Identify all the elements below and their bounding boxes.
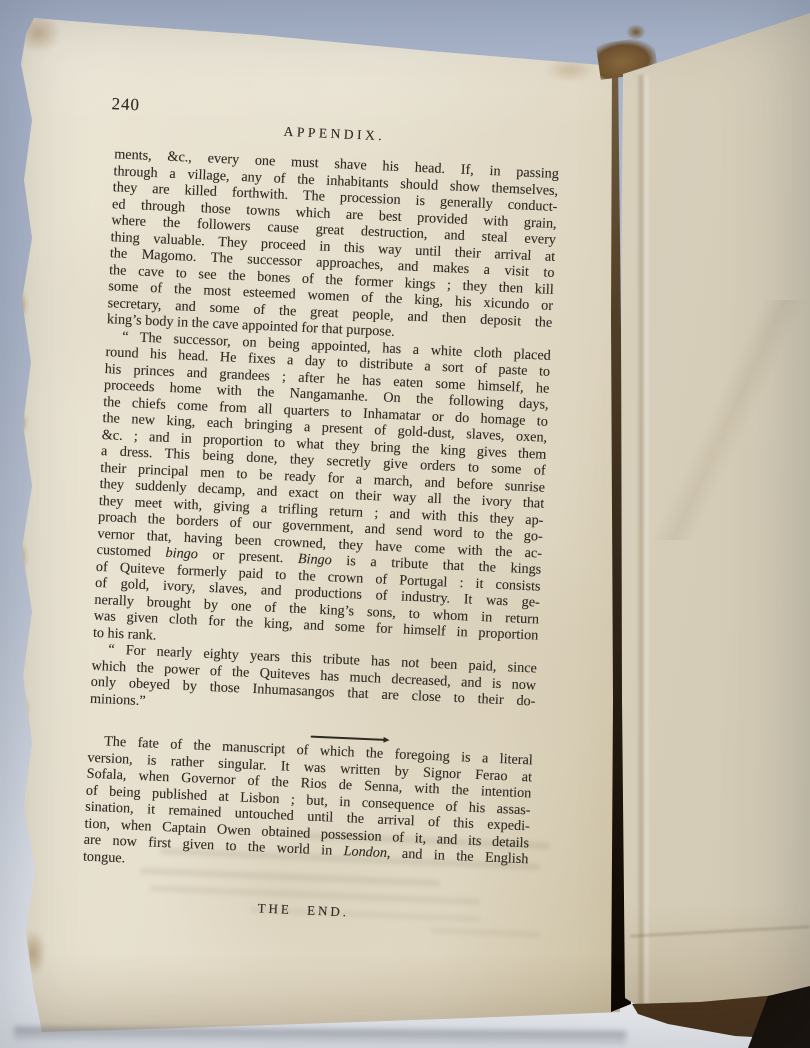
page-drop-shadow — [14, 1027, 626, 1047]
page-crease — [630, 925, 810, 937]
page-number: 240 — [111, 94, 140, 115]
foxing-stain — [16, 698, 30, 718]
page-crease — [639, 75, 643, 1005]
page-crease — [645, 75, 648, 1005]
body-text: ments, &c., every one must shave his hea… — [74, 146, 560, 929]
postscript-paragraphs: The fate of the manuscript of which the … — [83, 733, 533, 885]
foxing-stain — [16, 14, 60, 52]
foxing-stain — [14, 412, 28, 434]
page-crease — [648, 300, 810, 540]
paragraph: The fate of the manuscript of which the … — [83, 733, 533, 885]
section-rule — [310, 735, 384, 741]
paragraph: “ The successor, on being appointed, has… — [93, 328, 552, 661]
foxing-stain — [20, 930, 46, 976]
foxing-stain — [10, 290, 28, 320]
paragraph: ments, &c., every one must shave his hea… — [107, 146, 560, 347]
torn-paper-fragment — [626, 24, 646, 40]
book-photograph: 240 APPENDIX. ments, &c., every one must… — [0, 0, 810, 1048]
foxing-stain — [8, 540, 28, 574]
printed-page-content: 240 APPENDIX. ments, &c., every one must… — [74, 94, 562, 929]
foxing-stain — [545, 58, 595, 82]
main-paragraphs: ments, &c., every one must shave his hea… — [90, 146, 560, 726]
bleedthrough-smudge — [430, 928, 540, 938]
